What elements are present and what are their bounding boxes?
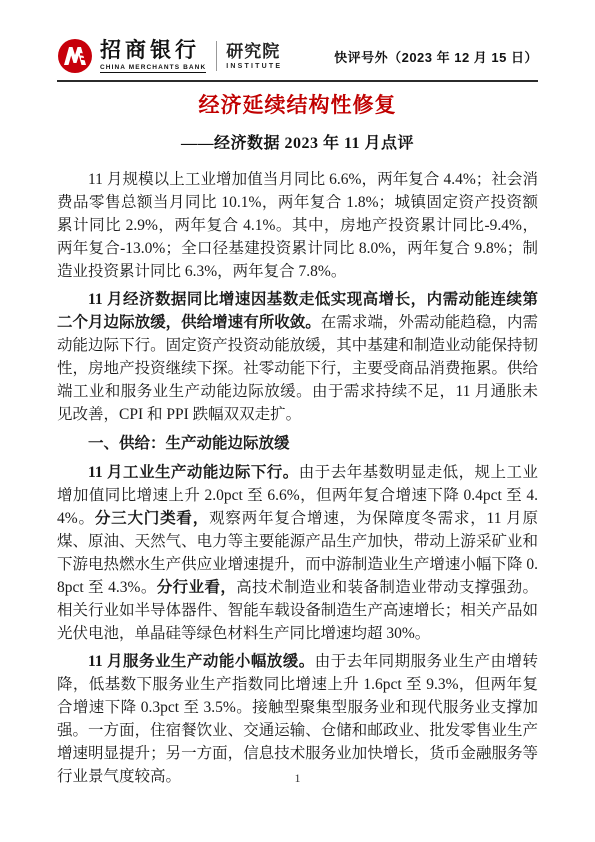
bank-name-block: 招商银行 CHINA MERCHANTS BANK xyxy=(100,40,206,73)
industry-seg4-bold: 分行业看， xyxy=(157,579,237,596)
services-rest: 由于去年同期服务业生产由增转降，低基数下服务业生产指数同比增速上升 1.6pct… xyxy=(57,653,538,785)
logo-divider xyxy=(216,41,217,71)
paragraph-industry: 11 月工业生产动能边际下行。由于去年基数明显走低，规上工业增加值同比增速上升 … xyxy=(57,461,538,645)
industry-lead-bold: 11 月工业生产动能边际下行。 xyxy=(88,464,299,481)
header-rule xyxy=(57,80,538,82)
industry-seg2-bold: 分三大门类看， xyxy=(95,510,209,527)
report-page: 招商银行 CHINA MERCHANTS BANK 研究院 INSTITUTE … xyxy=(0,0,595,788)
services-lead-bold: 11 月服务业生产动能小幅放缓。 xyxy=(88,653,315,670)
paragraph-services: 11 月服务业生产动能小幅放缓。由于去年同期服务业生产由增转降，低基数下服务业生… xyxy=(57,650,538,788)
institute-name-cn: 研究院 xyxy=(226,42,280,61)
cmb-logo-lockup: 招商银行 CHINA MERCHANTS BANK 研究院 INSTITUTE xyxy=(57,38,282,74)
bank-name-en: CHINA MERCHANTS BANK xyxy=(100,64,206,73)
report-subtitle: ——经济数据 2023 年 11 月点评 xyxy=(57,134,538,154)
bank-name-cn: 招商银行 xyxy=(100,40,200,62)
cmb-bank-logo-icon xyxy=(57,38,93,74)
paragraph-summary: 11 月经济数据同比增速因基数走低实现高增长，内需动能连续第二个月边际放缓，供给… xyxy=(57,288,538,426)
overview-text: 11 月规模以上工业增加值当月同比 6.6%，两年复合 4.4%；社会消费品零售… xyxy=(57,171,538,280)
paragraph-data-overview: 11 月规模以上工业增加值当月同比 6.6%，两年复合 4.4%；社会消费品零售… xyxy=(57,168,538,283)
institute-block: 研究院 INSTITUTE xyxy=(226,42,282,70)
section-heading-supply: 一、供给：生产动能边际放缓 xyxy=(57,432,538,455)
report-header: 招商银行 CHINA MERCHANTS BANK 研究院 INSTITUTE … xyxy=(57,38,538,74)
page-number: 1 xyxy=(0,771,595,786)
issue-date-label: 快评号外（2023 年 12 月 15 日） xyxy=(334,47,538,66)
report-body: 11 月规模以上工业增加值当月同比 6.6%，两年复合 4.4%；社会消费品零售… xyxy=(57,168,538,788)
report-title: 经济延续结构性修复 xyxy=(57,93,538,119)
institute-name-en: INSTITUTE xyxy=(226,63,282,70)
